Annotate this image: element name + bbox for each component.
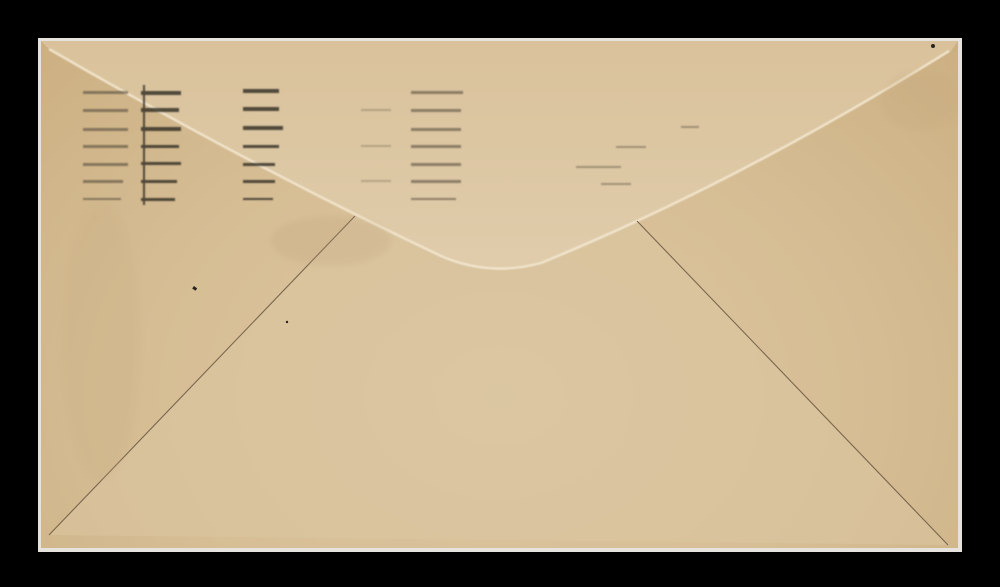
postmark-cancel-bars-1 <box>83 91 128 200</box>
envelope-flap <box>41 41 958 269</box>
envelope-back <box>41 41 958 548</box>
envelope-drawing <box>41 41 958 548</box>
